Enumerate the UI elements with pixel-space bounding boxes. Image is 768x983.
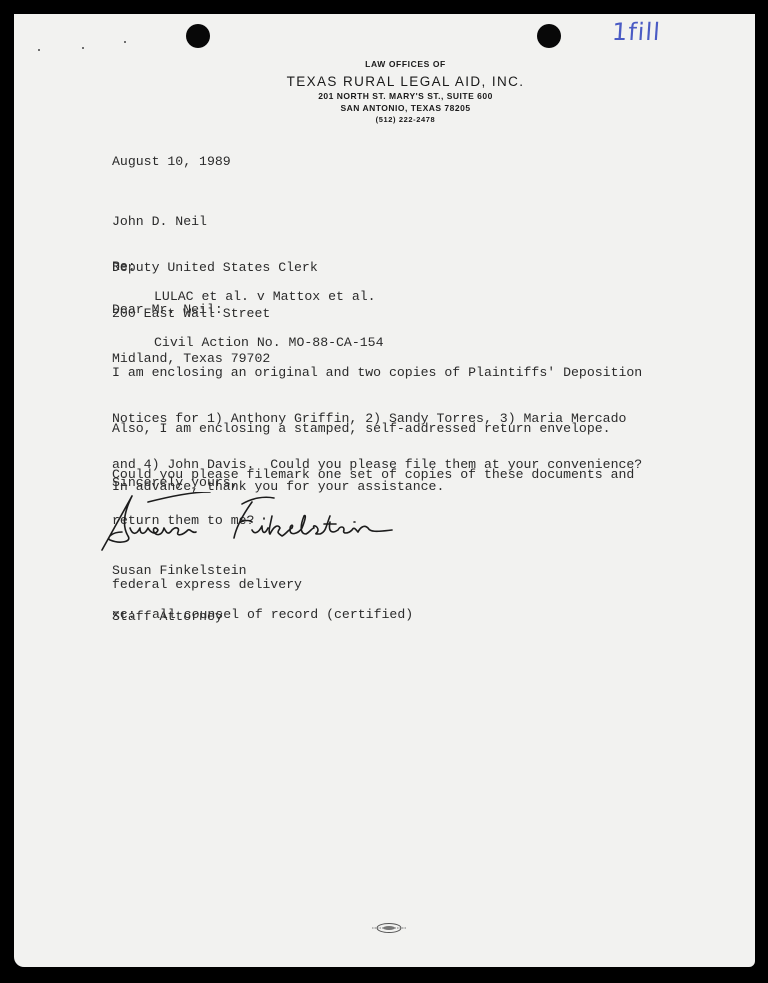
letterhead: LAW OFFICES OF TEXAS RURAL LEGAL AID, IN… [14,58,755,125]
paper-speck [124,41,126,43]
re-label: Re: [112,259,136,274]
xc-text: all counsel of record (certified) [152,607,413,622]
letterhead-heading: LAW OFFICES OF [56,58,755,70]
paper-speck [38,49,40,51]
paragraph-line: Also, I am enclosing a stamped, self-add… [112,421,634,436]
signer-block: Susan Finkelstein Staff Attorney [112,533,247,655]
punch-hole-right [537,24,561,48]
firm-address-line2: SAN ANTONIO, TEXAS 78205 [56,103,755,115]
recipient-line: John D. Neil [112,214,318,229]
xc-label: xc: [112,607,136,622]
letter-page: 1fill LAW OFFICES OF TEXAS RURAL LEGAL A… [14,14,755,967]
delivery-note: federal express delivery [112,577,302,592]
firm-name: TEXAS RURAL LEGAL AID, INC. [56,72,755,91]
salutation: Dear Mr. Neil: [112,302,223,317]
closing: Sincerely yours, [112,475,239,490]
firm-address-line1: 201 NORTH ST. MARY'S ST., SUITE 600 [56,91,755,103]
printer-seal-icon [369,921,409,935]
paper-speck [82,47,84,49]
letter-date: August 10, 1989 [112,154,231,169]
handwritten-note: 1fill [611,18,662,46]
punch-hole-left [186,24,210,48]
paragraph-line: I am enclosing an original and two copie… [112,365,642,380]
firm-phone: (512) 222-2478 [56,114,755,125]
